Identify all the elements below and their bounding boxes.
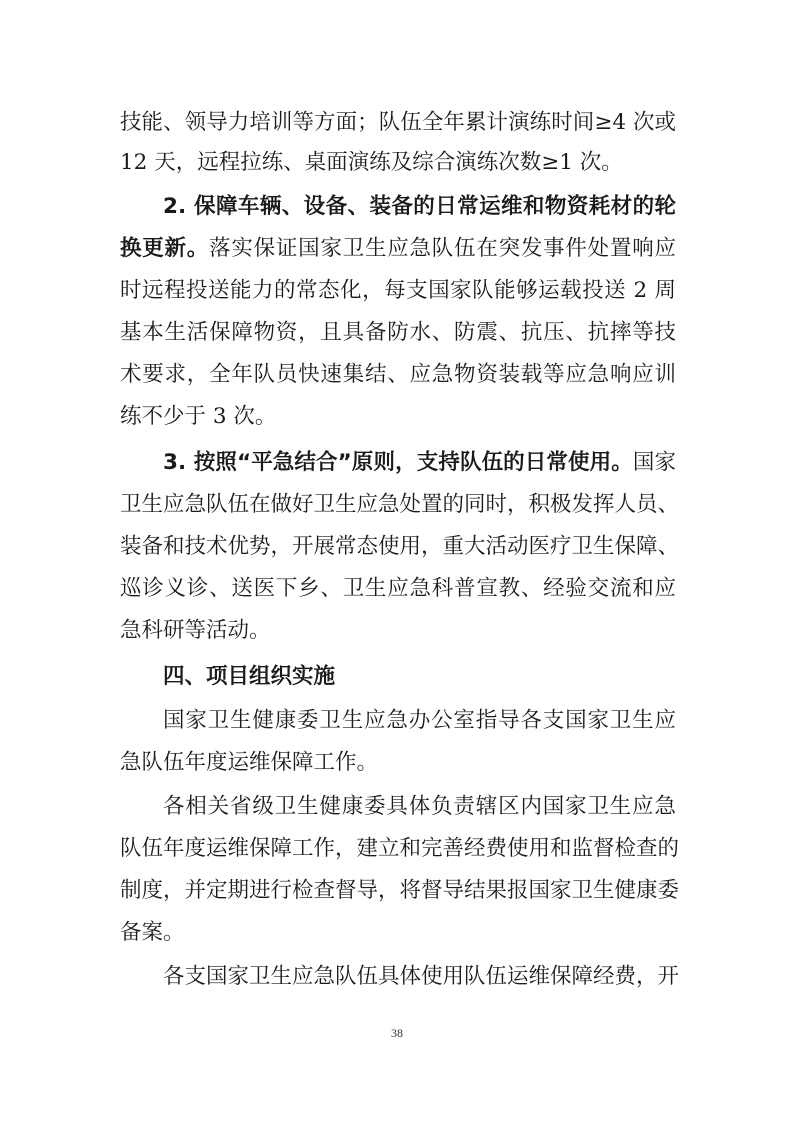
line-text: 制度，并定期进行检查督导，将督导结果报国家卫生健康委 — [120, 878, 679, 903]
line-text: 各支国家卫生应急队伍具体使用队伍运维保障经费，开 — [163, 964, 679, 989]
text-line: 术要求，全年队员快速集结、应急物资装载等应急响应训 — [120, 355, 676, 395]
text-line: 基本生活保障物资，且具备防水、防震、抗压、抗摔等技 — [120, 313, 676, 353]
section-heading: 四、项目组织实施 — [163, 657, 676, 697]
line-text: 急队伍年度运维保障工作。 — [120, 750, 378, 775]
text-line: 卫生应急队伍在做好卫生应急处置的同时，积极发挥人员、 — [120, 485, 676, 525]
text-line: 各相关省级卫生健康委具体负责辖区内国家卫生应急 — [163, 787, 676, 827]
line-text: 落实保证国家卫生应急队伍在突发事件处置响应 — [209, 236, 676, 261]
line-text: 各相关省级卫生健康委具体负责辖区内国家卫生应急 — [163, 794, 676, 819]
line-text: 时远程投送能力的常态化，每支国家队能够运载投送 2 周 — [120, 278, 676, 303]
text-line: 时远程投送能力的常态化，每支国家队能够运载投送 2 周 — [120, 271, 676, 311]
text-line: 制度，并定期进行检查督导，将督导结果报国家卫生健康委 — [120, 871, 676, 911]
document-page: 技能、领导力培训等方面；队伍全年累计演练时间≥4 次或 12 天，远程拉练、桌面… — [0, 0, 794, 1122]
text-line: 急队伍年度运维保障工作。 — [120, 743, 676, 783]
text-line: 技能、领导力培训等方面；队伍全年累计演练时间≥4 次或 — [120, 103, 676, 143]
line-text: 国家 — [633, 450, 676, 475]
line-text: 装备和技术优势，开展常态使用，重大活动医疗卫生保障、 — [120, 534, 679, 559]
section-heading-text: 四、项目组织实施 — [163, 664, 335, 689]
line-text: 国家卫生健康委卫生应急办公室指导各支国家卫生应 — [163, 708, 676, 733]
text-line: 国家卫生健康委卫生应急办公室指导各支国家卫生应 — [163, 701, 676, 741]
line-text: 急科研等活动。 — [120, 618, 271, 643]
bold-lead: 2. 保障车辆、设备、装备的日常运维和物资耗材的轮 — [163, 194, 676, 219]
line-text: 12 天，远程拉练、桌面演练及综合演练次数≥1 次。 — [120, 150, 623, 175]
text-line: 各支国家卫生应急队伍具体使用队伍运维保障经费，开 — [163, 957, 676, 997]
text-line: 装备和技术优势，开展常态使用，重大活动医疗卫生保障、 — [120, 527, 676, 567]
text-line: 巡诊义诊、送医下乡、卫生应急科普宣教、经验交流和应 — [120, 569, 676, 609]
text-line: 12 天，远程拉练、桌面演练及综合演练次数≥1 次。 — [120, 143, 676, 183]
text-line: 队伍年度运维保障工作，建立和完善经费使用和监督检查的 — [120, 829, 676, 869]
line-text: 基本生活保障物资，且具备防水、防震、抗压、抗摔等技 — [120, 320, 676, 345]
line-text: 术要求，全年队员快速集结、应急物资装载等应急响应训 — [120, 362, 676, 387]
text-line: 练不少于 3 次。 — [120, 397, 676, 437]
bold-lead: 换更新。 — [120, 236, 209, 261]
text-line: 急科研等活动。 — [120, 611, 676, 651]
bold-lead: 3. 按照“平急结合”原则，支持队伍的日常使用。 — [163, 450, 633, 475]
line-text: 备案。 — [120, 920, 185, 945]
text-line: 备案。 — [120, 913, 676, 953]
line-text: 队伍年度运维保障工作，建立和完善经费使用和监督检查的 — [120, 836, 679, 861]
page-number: 38 — [0, 1026, 794, 1041]
item-2-heading-line: 2. 保障车辆、设备、装备的日常运维和物资耗材的轮 — [163, 187, 676, 227]
line-text: 练不少于 3 次。 — [120, 404, 276, 429]
text-line: 换更新。落实保证国家卫生应急队伍在突发事件处置响应 — [120, 229, 676, 269]
line-text: 巡诊义诊、送医下乡、卫生应急科普宣教、经验交流和应 — [120, 576, 676, 601]
line-text: 技能、领导力培训等方面；队伍全年累计演练时间≥4 次或 — [120, 110, 676, 135]
item-3-heading-line: 3. 按照“平急结合”原则，支持队伍的日常使用。国家 — [163, 443, 676, 483]
line-text: 卫生应急队伍在做好卫生应急处置的同时，积极发挥人员、 — [120, 492, 679, 517]
